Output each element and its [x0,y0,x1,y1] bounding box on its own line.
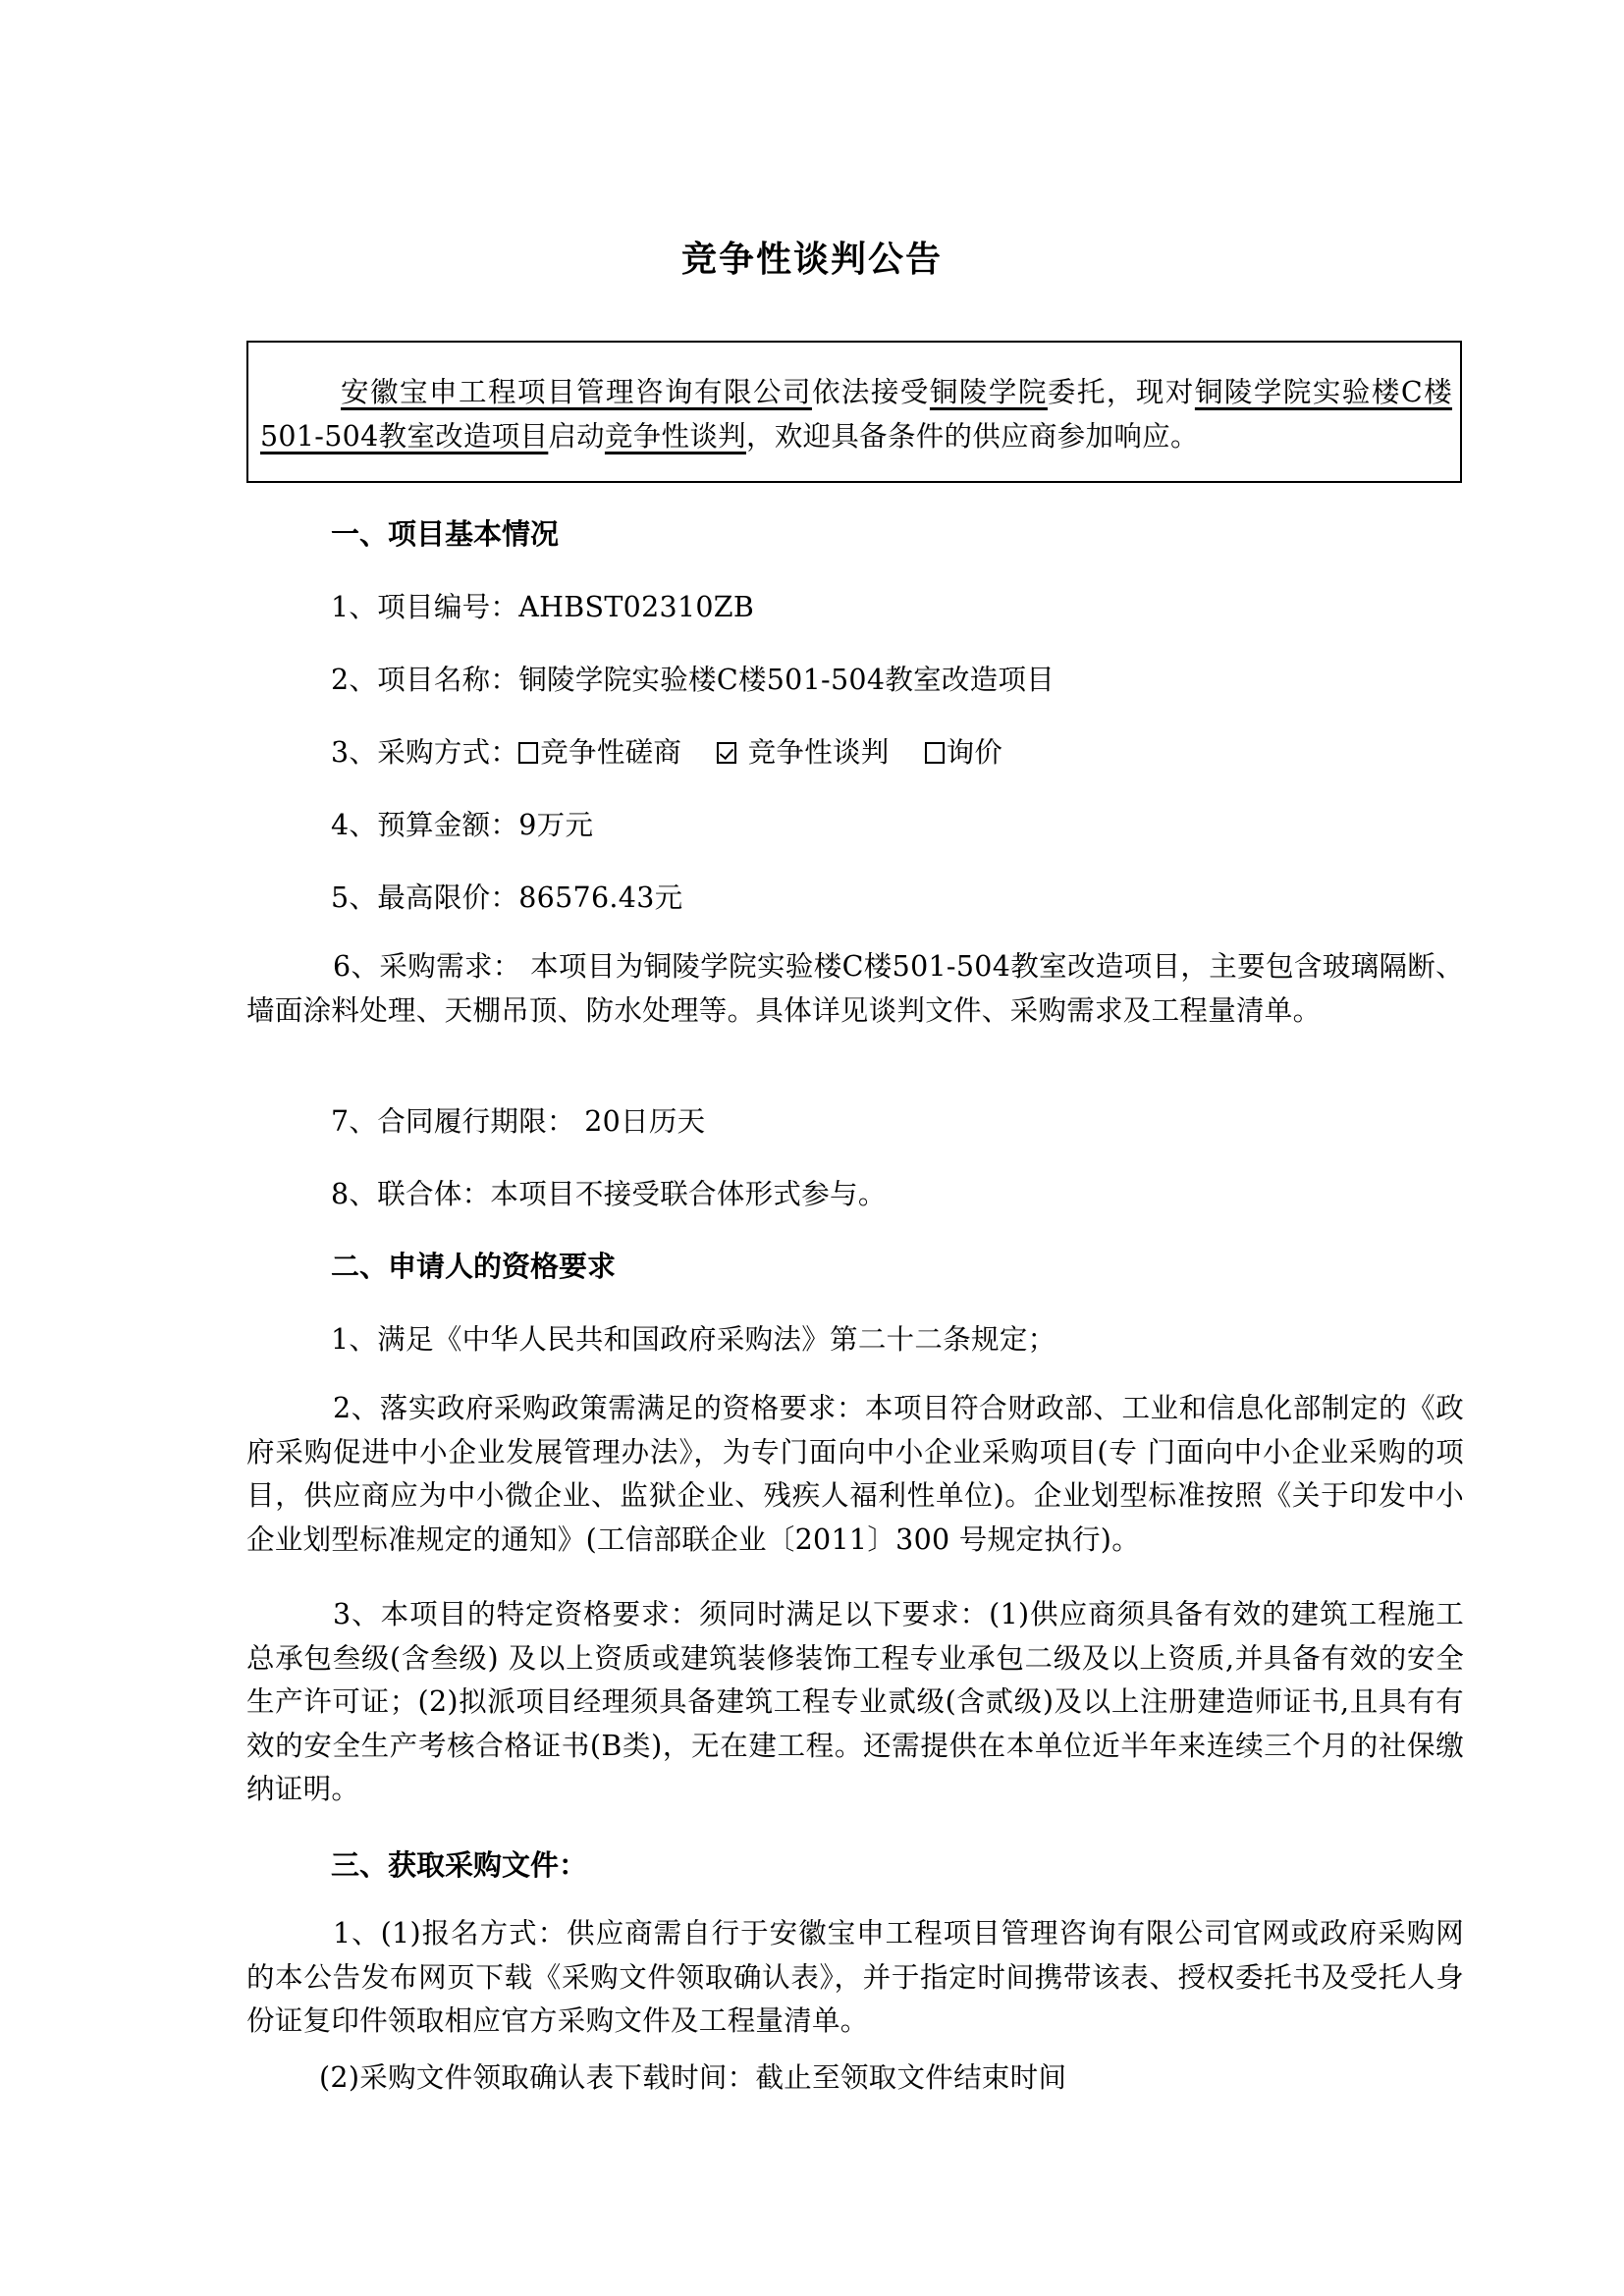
intro-paragraph: 安徽宝申工程项目管理咨询有限公司依法接受铜陵学院委托，现对铜陵学院实验楼C楼50… [260,370,1452,458]
document-title: 竞争性谈判公告 [0,232,1624,282]
checkbox-icon [925,742,945,764]
contract-period: 7、合同履行期限： 20日历天 [331,1099,705,1140]
qualification-1: 1、满足《中华人民共和国政府采购法》第二十二条规定； [331,1317,1056,1358]
agency-name: 安徽宝申工程项目管理咨询有限公司 [341,376,812,408]
section-heading-qualifications: 二、申请人的资格要求 [331,1245,616,1285]
max-price: 5、最高限价：86576.43元 [331,876,682,916]
option-competitive-consultation: 竞争性磋商 [518,736,681,769]
intro-box: 安徽宝申工程项目管理咨询有限公司依法接受铜陵学院委托，现对铜陵学院实验楼C楼50… [246,341,1462,483]
document-page: 竞争性谈判公告 安徽宝申工程项目管理咨询有限公司依法接受铜陵学院委托，现对铜陵学… [0,0,1624,2296]
section-heading-obtain-documents: 三、获取采购文件： [331,1843,587,1884]
procurement-requirements: 6、采购需求： 本项目为铜陵学院实验楼C楼501-504教室改造项目，主要包含玻… [246,945,1464,1033]
client-name: 铜陵学院 [930,376,1048,408]
option-inquiry: 询价 [925,736,1003,769]
option-competitive-negotiation: 竞争性谈判 [717,736,889,769]
consortium-policy: 8、联合体：本项目不接受联合体形式参与。 [331,1172,887,1212]
budget-amount: 4、预算金额：9万元 [331,803,593,843]
qualification-2: 2、落实政府采购政策需满足的资格要求：本项目符合财政部、工业和信息化部制定的《政… [246,1387,1464,1562]
section-heading-basic-info: 一、项目基本情况 [331,512,559,553]
checkbox-icon [518,742,538,764]
project-number: 1、项目编号：AHBST02310ZB [331,585,754,625]
procurement-method: 竞争性谈判 [605,420,746,453]
registration-method: 1、(1)报名方式：供应商需自行于安徽宝申工程项目管理咨询有限公司官网或政府采购… [246,1912,1464,2044]
project-title: 2、项目名称：铜陵学院实验楼C楼501-504教室改造项目 [331,658,1055,698]
procurement-method-row: 3、采购方式：竞争性磋商 竞争性谈判询价 [331,730,1002,771]
qualification-3: 3、本项目的特定资格要求：须同时满足以下要求：(1)供应商须具备有效的建筑工程施… [246,1593,1464,1812]
download-time: (2)采购文件领取确认表下载时间：截止至领取文件结束时间 [319,2056,1066,2096]
checked-checkbox-icon [717,742,736,764]
